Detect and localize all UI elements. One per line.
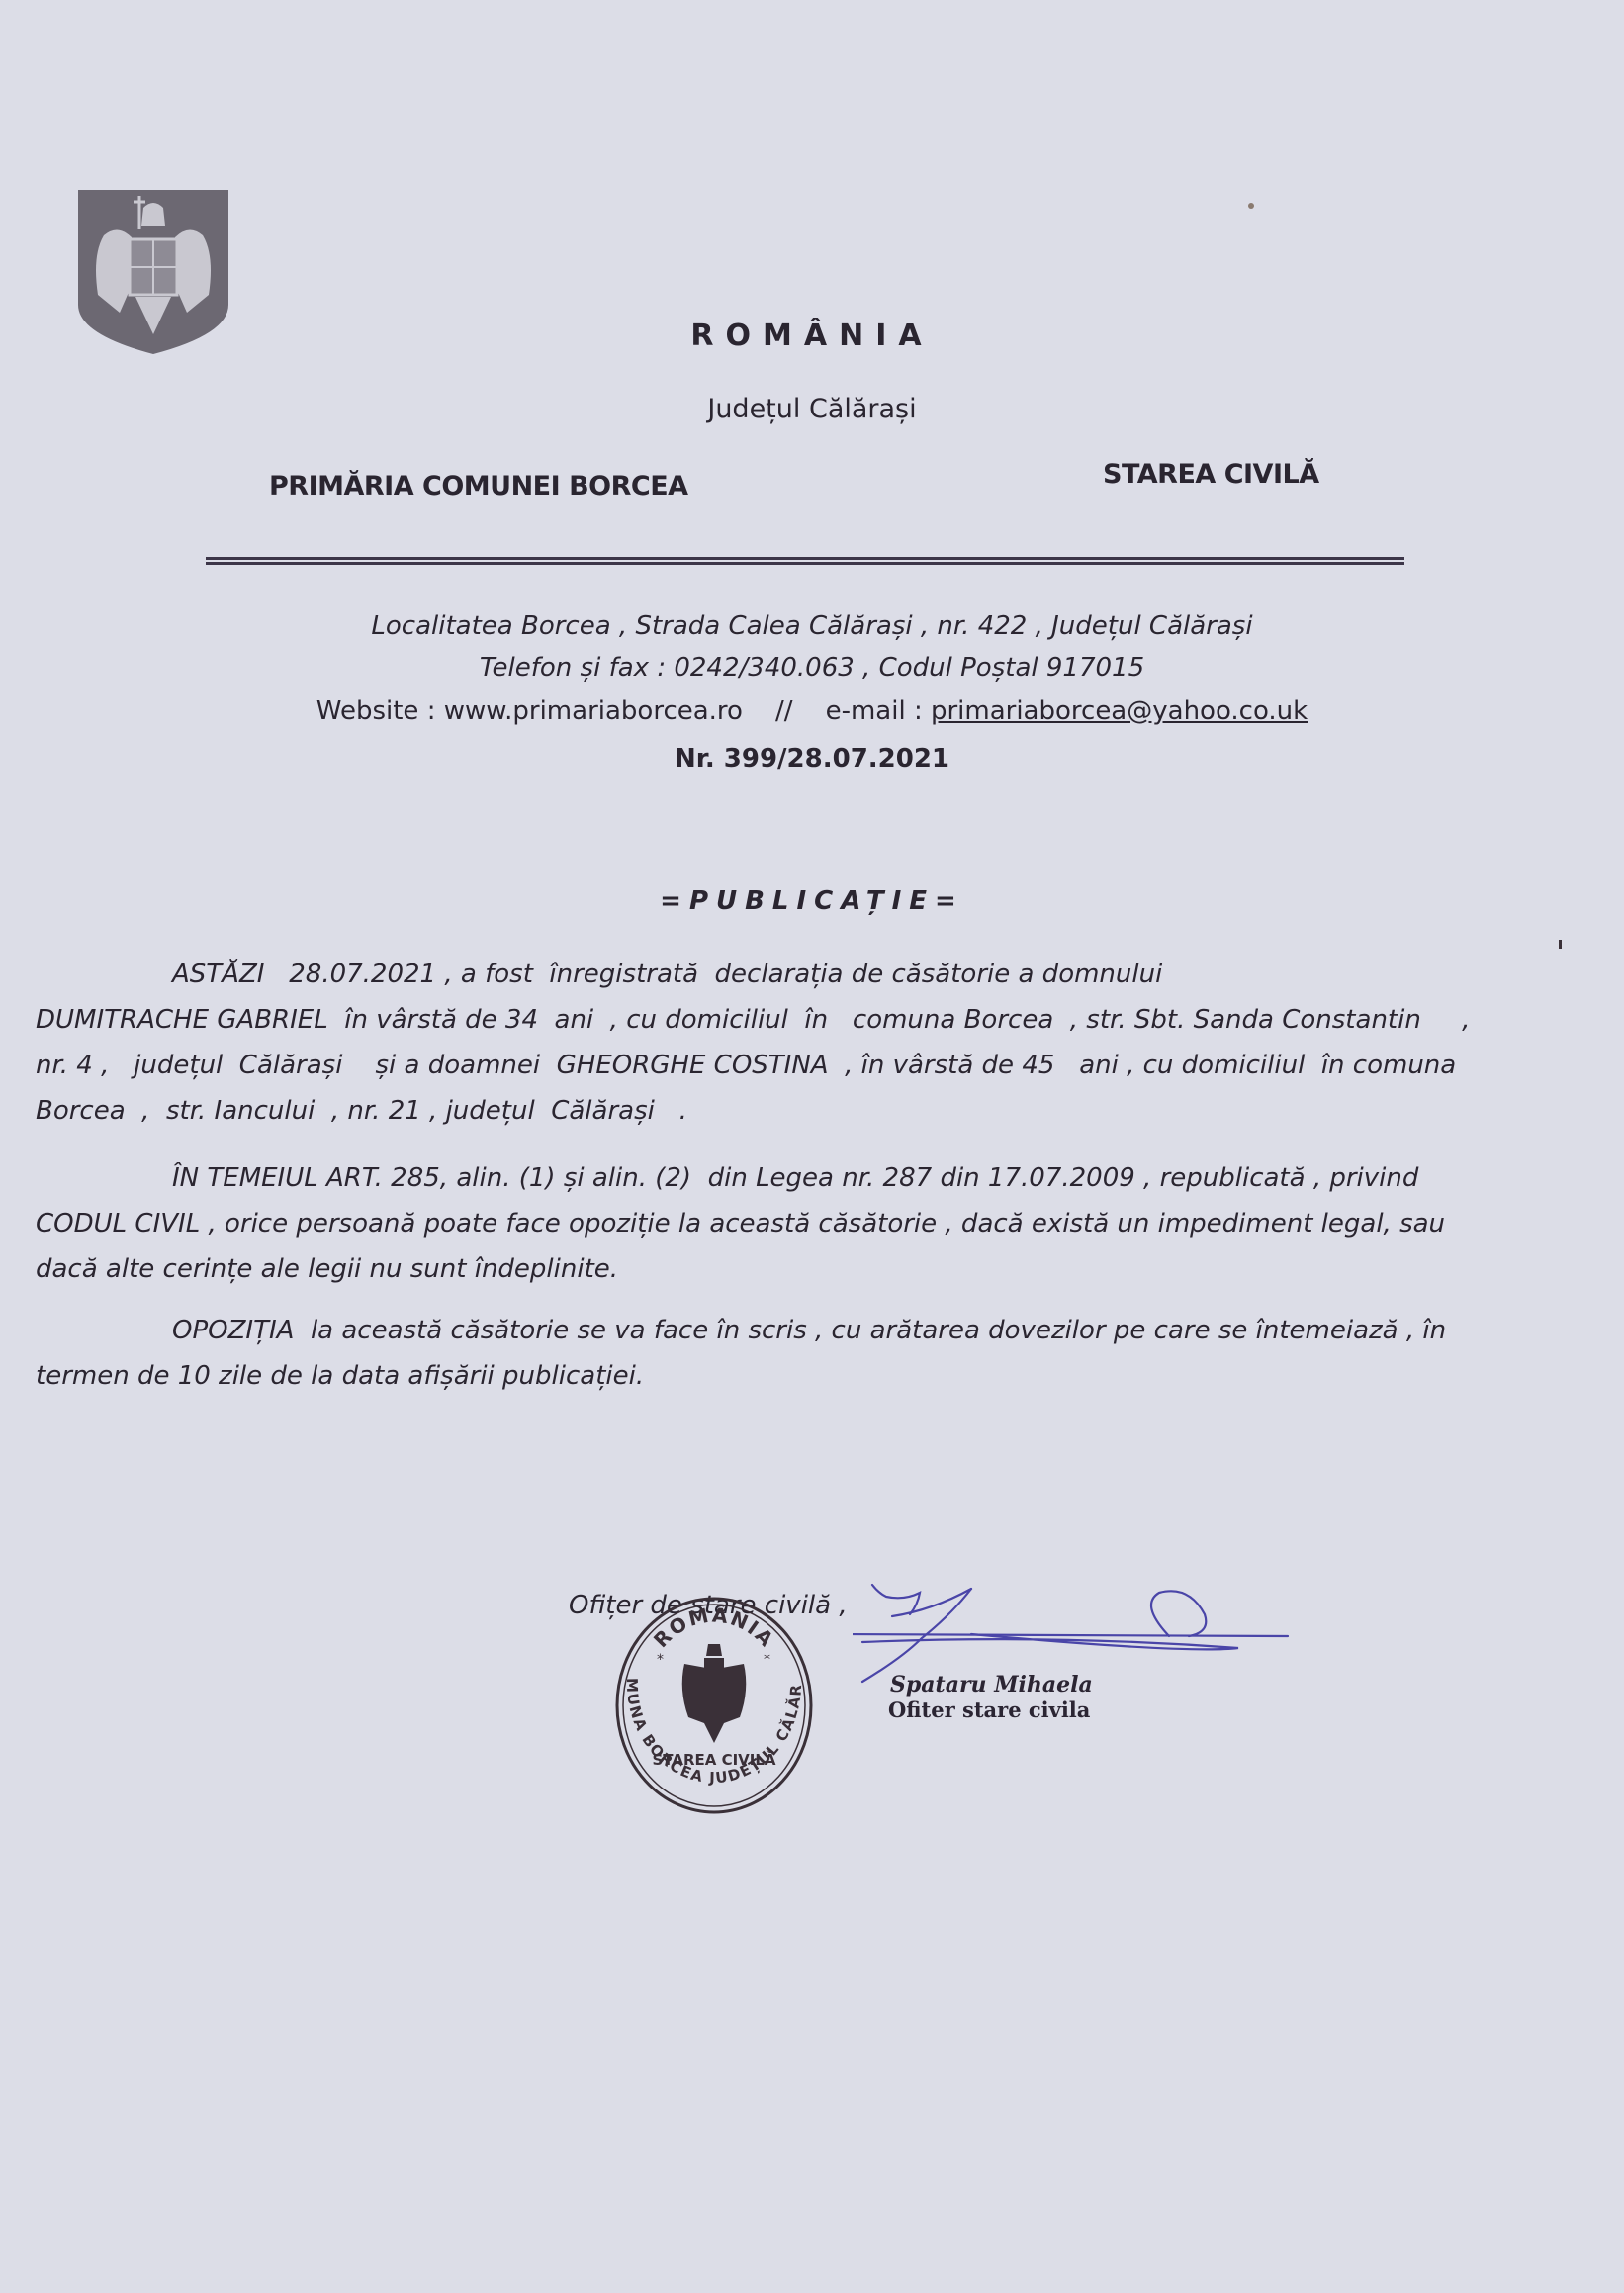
scan-speck: [1559, 940, 1562, 949]
para2-line: CODUL CIVIL , orice persoană poate face …: [36, 1201, 1489, 1246]
signatory-name: Spataru Mihaela: [890, 1672, 1093, 1697]
phone-line: Telefon și fax : 0242/340.063 , Codul Po…: [0, 653, 1624, 683]
email-link[interactable]: primariaborcea@yahoo.co.uk: [931, 696, 1308, 726]
paragraph-legal-basis: ÎN TEMEIUL ART. 285, alin. (1) și alin. …: [36, 1155, 1489, 1292]
para3-line: OPOZIȚIA la această căsătorie se va face…: [172, 1316, 1446, 1345]
web-email-line: Website : www.primariaborcea.ro // e-mai…: [0, 696, 1624, 726]
handwritten-signature: [853, 1575, 1298, 1684]
county-heading: Județul Călărași: [0, 394, 1624, 424]
header-divider: [206, 557, 1404, 560]
svg-text:STAREA CIVILĂ: STAREA CIVILĂ: [652, 1750, 775, 1769]
website-label: Website : www.primariaborcea.ro // e-mai…: [316, 696, 931, 726]
paragraph-declaration: ASTĂZI 28.07.2021 , a fost înregistrată …: [36, 952, 1489, 1134]
department-name: STAREA CIVILĂ: [1103, 459, 1319, 490]
para1-line: DUMITRACHE GABRIEL în vârstă de 34 ani ,…: [36, 997, 1489, 1043]
para1-line: ASTĂZI 28.07.2021 , a fost înregistrată …: [172, 960, 1162, 989]
para1-line: nr. 4 , județul Călărași și a doamnei GH…: [36, 1043, 1489, 1088]
svg-text:*: *: [657, 1652, 664, 1668]
official-stamp: ROMÂNIA COMUNA BORCEA JUDEȚUL CĂLĂRAȘI *…: [605, 1595, 823, 1822]
paragraph-opposition: OPOZIȚIA la această căsătorie se va face…: [36, 1308, 1489, 1399]
svg-text:*: *: [764, 1652, 770, 1668]
para1-line: Borcea , str. Iancului , nr. 21 , județu…: [36, 1088, 1489, 1134]
institution-name: PRIMĂRIA COMUNEI BORCEA: [269, 471, 688, 502]
registration-number: Nr. 399/28.07.2021: [0, 744, 1624, 774]
country-heading: ROMÂNIA: [0, 319, 1624, 353]
document-title: =PUBLICAȚIE=: [0, 886, 1624, 916]
para2-line: ÎN TEMEIUL ART. 285, alin. (1) și alin. …: [172, 1163, 1418, 1193]
signatory-title: Ofiter stare civila: [888, 1697, 1090, 1722]
para3-line: termen de 10 zile de la data afișării pu…: [36, 1353, 1489, 1399]
address-line: Localitatea Borcea , Strada Calea Călăra…: [0, 611, 1624, 641]
scan-speck: [1248, 203, 1254, 209]
para2-line: dacă alte cerințe ale legii nu sunt înde…: [36, 1246, 1489, 1292]
